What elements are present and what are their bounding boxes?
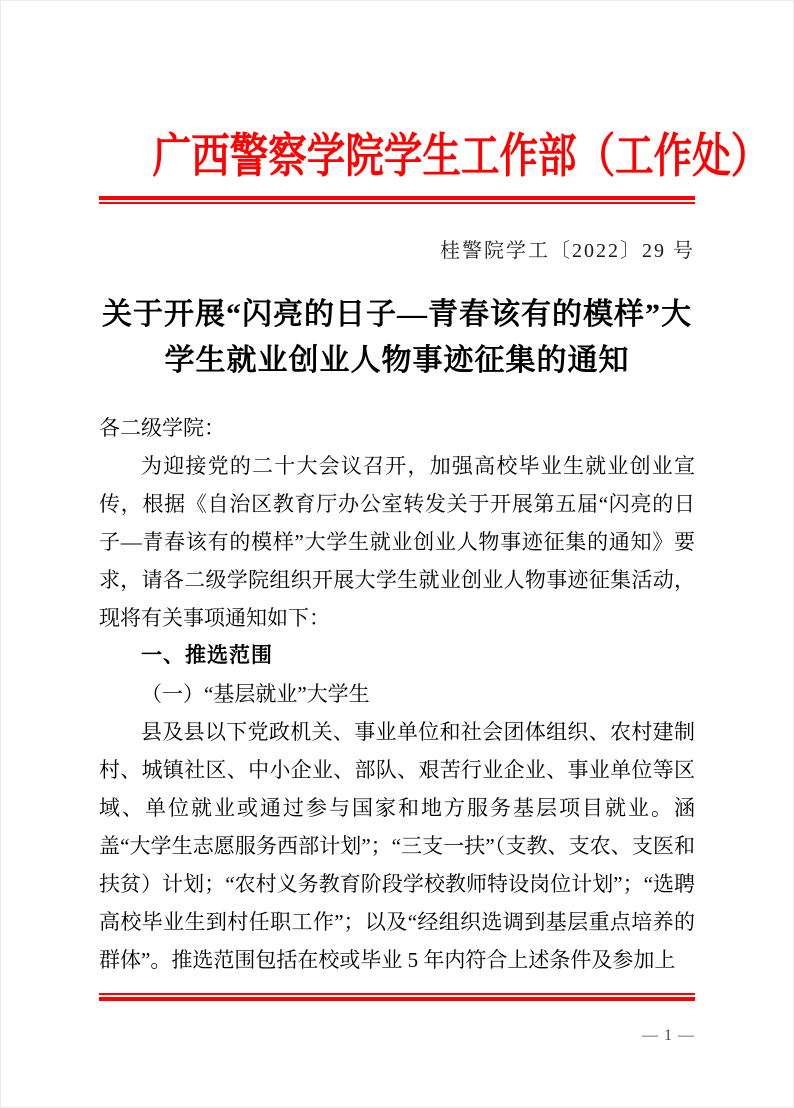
subsection-heading-1: （一）“基层就业”大学生 — [99, 675, 695, 713]
salutation: 各二级学院： — [99, 409, 695, 447]
section-heading-1: 一、推选范围 — [99, 637, 695, 675]
letterhead-separator — [99, 196, 695, 204]
letterhead-title: 广西警察学院学生工作部（工作处） — [153, 129, 642, 185]
footer-separator — [99, 993, 695, 1001]
document-title-line2: 学生就业创业人物事迹征集的通知 — [99, 338, 695, 384]
doc-number: 桂警院学工〔2022〕29 号 — [99, 237, 695, 265]
page-number: — 1 — — [99, 1027, 695, 1045]
document-body: 各二级学院： 为迎接党的二十大会议召开，加强高校毕业生就业创业宣传，根据《自治区… — [99, 409, 695, 979]
document-title-line1: 关于开展“闪亮的日子—青春该有的模样”大 — [99, 292, 695, 338]
document-page: 广西警察学院学生工作部（工作处） 桂警院学工〔2022〕29 号 关于开展“闪亮… — [0, 0, 794, 1108]
paragraph-intro: 为迎接党的二十大会议召开，加强高校毕业生就业创业宣传，根据《自治区教育厅办公室转… — [99, 447, 695, 637]
document-title: 关于开展“闪亮的日子—青春该有的模样”大 学生就业创业人物事迹征集的通知 — [99, 292, 695, 384]
paragraph-scope: 县及县以下党政机关、事业单位和社会团体组织、农村建制村、城镇社区、中小企业、部队… — [99, 713, 695, 979]
